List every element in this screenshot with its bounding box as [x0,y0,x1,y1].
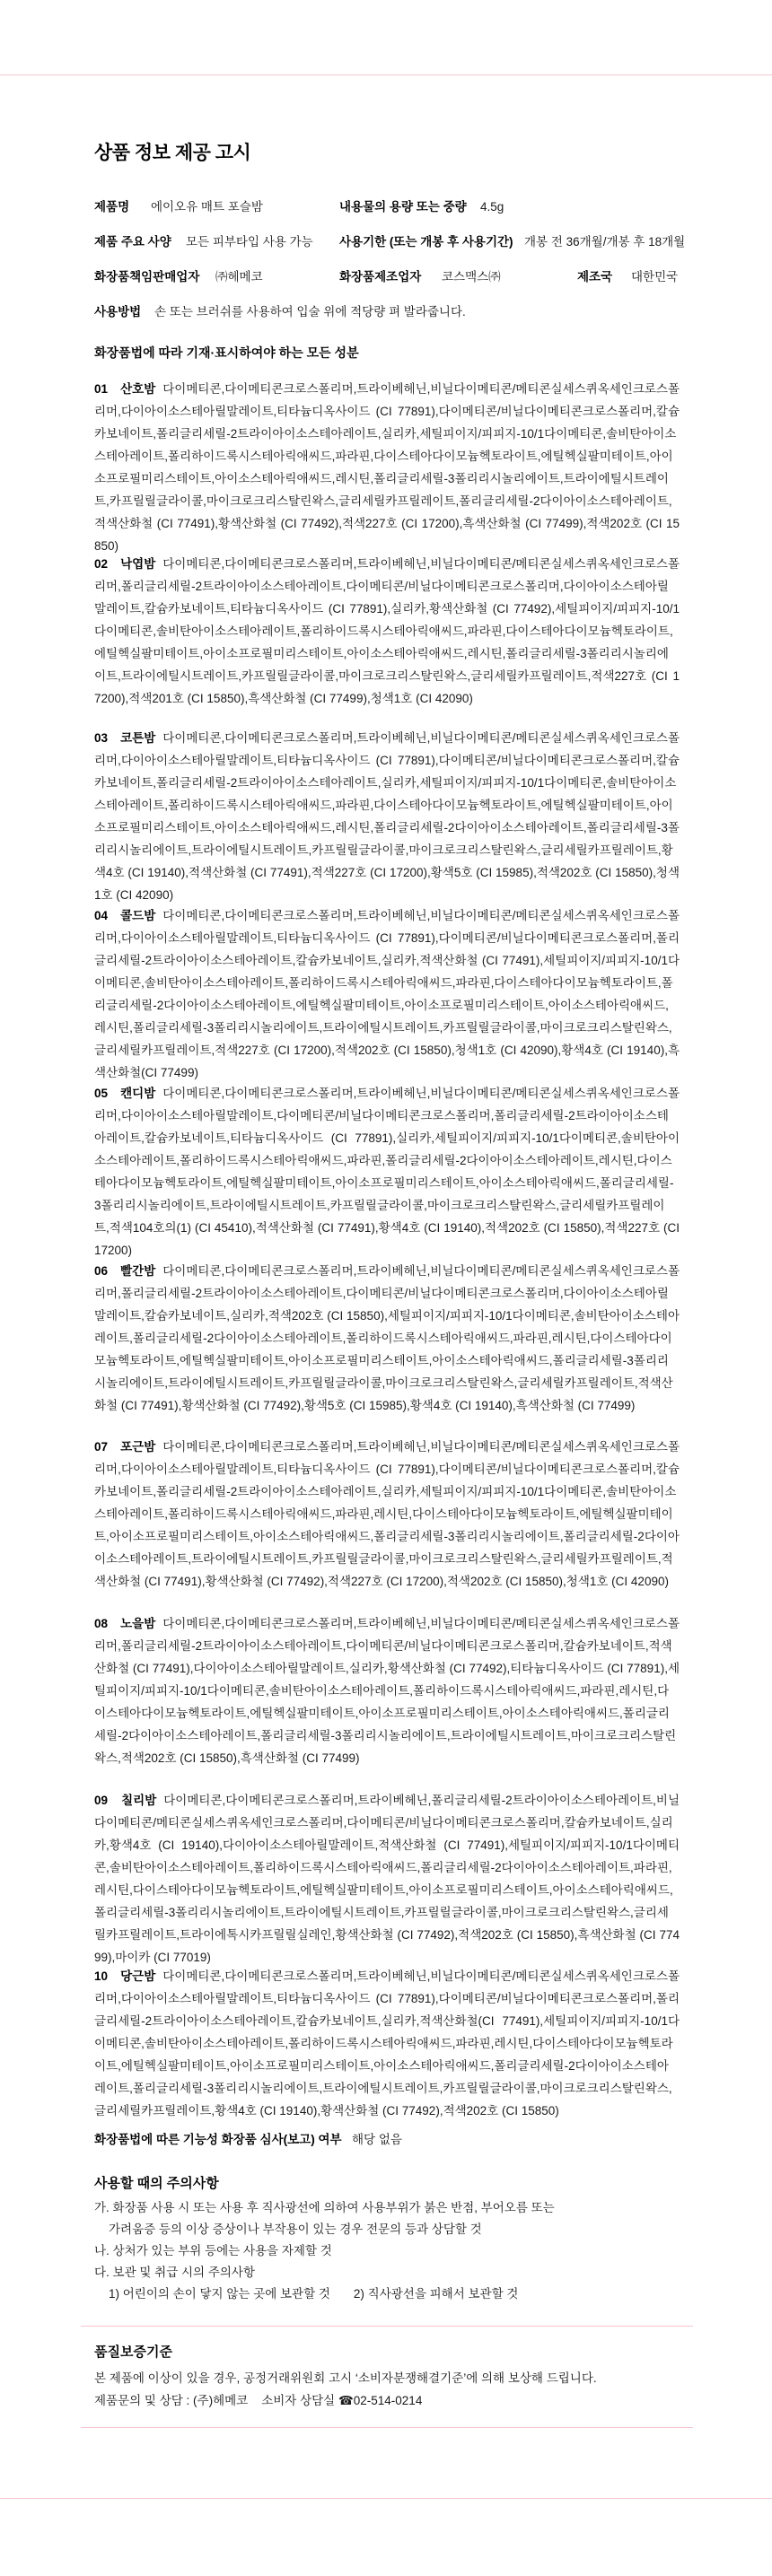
info-row-company: 화장품책임판매업자 ㈜헤메코 화장품제조업자 코스맥스㈜ 제조국 대한민국 [94,269,682,287]
bottom-divider-line [0,2498,772,2499]
shade-label-02: 02 낙엽밤 [94,557,155,571]
shade-ingredients-03: 다이메티콘,다이메티콘크로스폴리머,트라이베헤닌,비닐다이메티콘/메티콘실세스퀴… [94,731,680,902]
shade-ingredients-06: 다이메티콘,다이메티콘크로스폴리머,트라이베헤닌,비닐다이메티콘/메티콘실세스퀴… [94,1264,680,1412]
shade-label-03: 03 코튼밤 [94,731,155,745]
shade-label-07: 07 포근밤 [94,1440,155,1454]
shade-label-05: 05 캔디밤 [94,1087,155,1100]
top-divider-line [0,74,772,75]
shade-label-06: 06 빨간밤 [94,1264,155,1278]
expiry-label: 사용기한 (또는 개봉 후 사용기간) [339,234,513,250]
shade-label-09: 09 칠리밤 [94,1794,156,1807]
product-info-notice-page: { "colors": { "divider_pink": "#f6c6d0",… [0,0,772,2576]
caution-line-c2: 2) 직사광선을 피해서 보관할 것 [354,2287,519,2301]
manufacturer-value: 코스맥스㈜ [442,269,501,285]
caution-line-a2: 가려움증 등의 이상 증상이나 부작용이 있는 경우 전문의 등과 상담할 것 [94,2221,697,2239]
warranty-top-divider-line [81,2326,693,2327]
info-row-usage: 사용방법 손 또는 브러쉬를 사용하여 입술 위에 적당량 펴 발라줍니다. [94,304,682,322]
ingredient-block-01: 01 산호밤다이메티콘,다이메티콘크로스폴리머,트라이베헤닌,비닐다이메티콘/메… [94,378,680,557]
country-value: 대한민국 [631,269,678,285]
ingredient-block-05: 05 캔디밤다이메티콘,다이메티콘크로스폴리머,트라이베헤닌,비닐다이메티콘/메… [94,1082,680,1262]
caution-line-c1: 1) 어린이의 손이 닿지 않는 곳에 보관할 것 [109,2287,330,2301]
shade-ingredients-05: 다이메티콘,다이메티콘크로스폴리머,트라이베헤닌,비닐다이메티콘/메티콘실세스퀴… [94,1087,680,1257]
seller-label: 화장품책임판매업자 [94,269,199,285]
shade-ingredients-04: 다이메티콘,다이메티콘크로스폴리머,트라이베헤닌,비닐다이메티콘/메티콘실세스퀴… [94,909,680,1079]
info-row-spec: 제품 주요 사양 모든 피부타입 사용 가능 사용기한 (또는 개봉 후 사용기… [94,234,682,252]
caution-line-c-items: 1) 어린이의 손이 닿지 않는 곳에 보관할 것2) 직사광선을 피해서 보관… [94,2285,697,2303]
ingredient-block-10: 10 당근밤다이메티콘,다이메티콘크로스폴리머,트라이베헤닌,비닐다이메티콘/메… [94,1965,680,2122]
ingredients-heading: 화장품법에 따라 기재·표시하여야 하는 모든 성분 [94,344,359,362]
ingredient-block-08: 08 노을밤다이메티콘,다이메티콘크로스폴리머,트라이베헤닌,비닐다이메티콘/메… [94,1612,680,1769]
country-label: 제조국 [577,269,612,285]
shade-ingredients-08: 다이메티콘,다이메티콘크로스폴리머,트라이베헤닌,비닐다이메티콘/메티콘실세스퀴… [94,1617,680,1765]
spec-label: 제품 주요 사양 [94,234,171,250]
page-title: 상품 정보 제공 고시 [94,141,250,165]
info-row-product: 제품명 에이오유 매트 포슬밤 내용물의 용량 또는 중량 4.5g [94,199,682,217]
spec-value: 모든 피부타입 사용 가능 [186,234,313,250]
warranty-bottom-divider-line [81,2427,693,2428]
shade-ingredients-10: 다이메티콘,다이메티콘크로스폴리머,트라이베헤닌,비닐다이메티콘/메티콘실세스퀴… [94,1969,680,2118]
ingredient-block-02: 02 낙엽밤다이메티콘,다이메티콘크로스폴리머,트라이베헤닌,비닐다이메티콘/메… [94,553,680,710]
functional-review-value: 해당 없음 [352,2132,402,2148]
content-weight-label: 내용물의 용량 또는 중량 [339,199,467,215]
cautions-heading: 사용할 때의 주의사항 [94,2175,219,2193]
ingredient-block-07: 07 포근밤다이메티콘,다이메티콘크로스폴리머,트라이베헤닌,비닐다이메티콘/메… [94,1436,680,1593]
product-name-value: 에이오유 매트 포슬밤 [151,199,263,215]
manufacturer-label: 화장품제조업자 [339,269,421,285]
warranty-contact: 제품문의 및 상담 : (주)헤메코 소비자 상담실 ☎02-514-0214 [94,2392,705,2410]
ingredient-block-09: 09 칠리밤다이메티콘,다이메티콘크로스폴리머,트라이베헤닌,폴리글리세릴-2트… [94,1789,680,1969]
ingredient-block-06: 06 빨간밤다이메티콘,다이메티콘크로스폴리머,트라이베헤닌,비닐다이메티콘/메… [94,1260,680,1417]
functional-review-label: 화장품법에 따른 기능성 화장품 심사(보고) 여부 [94,2132,342,2148]
shade-label-10: 10 당근밤 [94,1969,155,1983]
shade-ingredients-09: 다이메티콘,다이메티콘크로스폴리머,트라이베헤닌,폴리글리세릴-2트라이아이소스… [94,1794,680,1964]
warranty-body: 본 제품에 이상이 있을 경우, 공정거래위원회 고시 ‘소비자분쟁해결기준’에… [94,2370,705,2388]
caution-line-a1: 가. 화장품 사용 시 또는 사용 후 직사광선에 의하여 사용부위가 붉은 반… [94,2199,682,2217]
shade-ingredients-01: 다이메티콘,다이메티콘크로스폴리머,트라이베헤닌,비닐다이메티콘/메티콘실세스퀴… [94,382,680,553]
seller-value: ㈜헤메코 [215,269,263,285]
shade-ingredients-07: 다이메티콘,다이메티콘크로스폴리머,트라이베헤닌,비닐다이메티콘/메티콘실세스퀴… [94,1440,680,1588]
warranty-heading: 품질보증기준 [94,2344,172,2362]
how-to-use-label: 사용방법 [94,304,141,320]
shade-label-04: 04 콜드밤 [94,909,155,922]
how-to-use-value: 손 또는 브러쉬를 사용하여 입술 위에 적당량 펴 발라줍니다. [154,304,466,320]
shade-label-01: 01 산호밤 [94,382,155,396]
caution-line-c: 다. 보관 및 취급 시의 주의사항 [94,2264,682,2282]
product-name-label: 제품명 [94,199,129,215]
expiry-value: 개봉 전 36개월/개봉 후 18개월 [524,234,685,250]
shade-ingredients-02: 다이메티콘,다이메티콘크로스폴리머,트라이베헤닌,비닐다이메티콘/메티콘실세스퀴… [94,557,680,705]
content-weight-value: 4.5g [480,199,504,215]
shade-label-08: 08 노을밤 [94,1617,155,1630]
functional-review-row: 화장품법에 따른 기능성 화장품 심사(보고) 여부 해당 없음 [94,2132,682,2150]
ingredient-block-04: 04 콜드밤다이메티콘,다이메티콘크로스폴리머,트라이베헤닌,비닐다이메티콘/메… [94,904,680,1084]
ingredient-block-03: 03 코튼밤다이메티콘,다이메티콘크로스폴리머,트라이베헤닌,비닐다이메티콘/메… [94,727,680,906]
caution-line-b: 나. 상처가 있는 부위 등에는 사용을 자제할 것 [94,2242,682,2260]
